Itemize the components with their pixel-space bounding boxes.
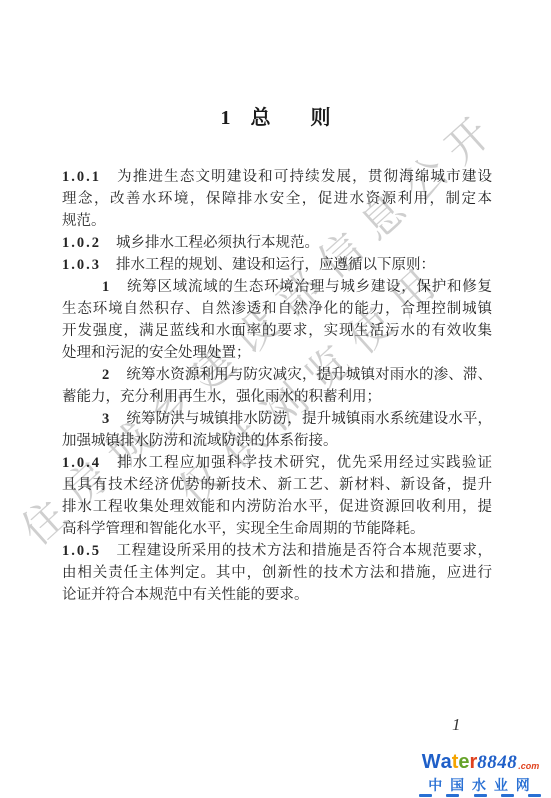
- text-line: 高科学管理和智能化水平，实现全生命周期的节能降耗。: [62, 518, 492, 540]
- clause-1.0.2-first-line: 1.0.2城乡排水工程必须执行本规范。: [62, 232, 492, 254]
- document-page: 住房城乡建设部信息公开 仅供浏览使用 1 总 则 1.0.1为推进生态文明建设和…: [0, 0, 551, 798]
- clause-number: 2: [102, 367, 111, 383]
- logo-water-letters: Water: [422, 751, 478, 773]
- clause-1.0.1-first-line: 1.0.1为推进生态文明建设和可持续发展，贯彻海绵城市建设: [62, 166, 492, 188]
- text-line: 理念，改善水环境，保障排水安全，促进水资源利用，制定本: [62, 188, 492, 210]
- clause-1.0.3-first-line: 1.0.3排水工程的规划、建设和运行，应遵循以下原则：: [62, 254, 492, 276]
- text-line: 处理和污泥的安全处理处置；: [62, 342, 492, 364]
- text-line: 由相关责任主体判定。其中，创新性的技术方法和措施，应进行: [62, 562, 492, 584]
- text-line: 规范。: [62, 210, 492, 232]
- logo-dash: [501, 794, 514, 797]
- logo-dash: [474, 794, 487, 797]
- clause-text: 统筹防洪与城镇排水防涝，提升城镇雨水系统建设水平，: [126, 411, 492, 427]
- clause-number: 1.0.3: [62, 257, 101, 273]
- clause-text: 排水工程应加强科学技术研究，优先采用经过实践验证: [116, 455, 492, 471]
- text-line: 论证并符合本规范中有关性能的要求。: [62, 584, 492, 606]
- clause-number: 1: [102, 279, 111, 295]
- clause-number: 1.0.5: [62, 543, 101, 559]
- clause-text: 排水工程的规划、建设和运行，应遵循以下原则：: [116, 257, 435, 273]
- clause-1-first-line: 1统筹区域流域的生态环境治理与城乡建设，保护和修复: [62, 276, 492, 298]
- logo-letter: t: [452, 752, 459, 772]
- clause-number: 3: [102, 411, 111, 427]
- logo-dash: [446, 794, 459, 797]
- clause-number: 1.0.4: [62, 455, 101, 471]
- clause-number: 1.0.2: [62, 235, 101, 251]
- text-line: 排水工程收集处理效能和内涝防治水平，促进资源回收利用，提: [62, 496, 492, 518]
- clause-text: 城乡排水工程必须执行本规范。: [116, 235, 319, 251]
- page-number: 1: [452, 715, 461, 735]
- logo-dash: [419, 794, 432, 797]
- water8848-logo[interactable]: Water8848.com 中 国 水 业 网: [413, 752, 547, 797]
- text-line: 且具有技术经济优势的新技术、新工艺、新材料、新设备，提升: [62, 474, 492, 496]
- body-text: 1.0.1为推进生态文明建设和可持续发展，贯彻海绵城市建设理念，改善水环境，保障…: [62, 166, 492, 606]
- text-line: 加强城镇排水防涝和流域防洪的体系衔接。: [62, 430, 492, 452]
- text-line: 蓄能力，充分利用再生水，强化雨水的积蓄利用；: [62, 386, 492, 408]
- clause-3-first-line: 3统筹防洪与城镇排水防涝，提升城镇雨水系统建设水平，: [62, 408, 492, 430]
- clause-2-first-line: 2统筹水资源利用与防灾减灾，提升城镇对雨水的渗、滞、: [62, 364, 492, 386]
- clause-1.0.4-first-line: 1.0.4排水工程应加强科学技术研究，优先采用经过实践验证: [62, 452, 492, 474]
- text-line: 开发强度，满足蓝线和水面率的要求，实现生活污水的有效收集: [62, 320, 492, 342]
- chapter-title: 1 总 则: [0, 101, 551, 130]
- logo-dotcom: .com: [518, 761, 539, 771]
- logo-dash: [528, 794, 541, 797]
- clause-number: 1.0.1: [62, 169, 101, 185]
- logo-underline-dashes: [419, 794, 541, 797]
- text-line: 生态环境自然积存、自然渗透和自然净化的能力，合理控制城镇: [62, 298, 492, 320]
- logo-wordmark: Water8848.com: [413, 752, 547, 775]
- clause-text: 统筹水资源利用与防灾减灾，提升城镇对雨水的渗、滞、: [126, 367, 492, 383]
- logo-cn-name: 中 国 水 业 网: [413, 777, 547, 793]
- clause-text: 为推进生态文明建设和可持续发展，贯彻海绵城市建设: [116, 169, 492, 185]
- clause-text: 统筹区域流域的生态环境治理与城乡建设，保护和修复: [126, 279, 492, 295]
- logo-8848: 8848: [477, 752, 517, 773]
- logo-letter: W: [422, 752, 441, 772]
- clause-text: 工程建设所采用的技术方法和措施是否符合本规范要求，: [116, 543, 492, 559]
- clause-1.0.5-first-line: 1.0.5工程建设所采用的技术方法和措施是否符合本规范要求，: [62, 540, 492, 562]
- logo-letter: a: [441, 752, 452, 772]
- logo-letter: e: [458, 752, 469, 772]
